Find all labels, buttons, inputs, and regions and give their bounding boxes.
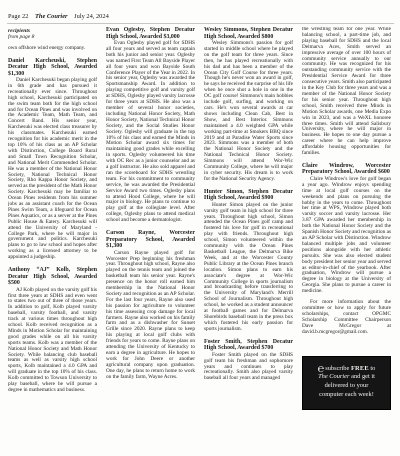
heading-smith: Foster Smith, Stephen Decatur High Schoo… — [204, 339, 293, 352]
subscribe-promo-box[interactable]: ℮subscribe FREE to The Courier and get i… — [302, 356, 391, 410]
column-1: recipients from page 8 own offshore wind… — [8, 27, 97, 450]
article-columns: recipients from page 8 own offshore wind… — [0, 24, 400, 450]
subscribe-to-word: to — [370, 365, 375, 372]
subscribe-line1: ℮subscribe FREE to — [307, 365, 386, 374]
heading-simon: Hunter Simon, Stephen Decatur High Schoo… — [204, 189, 293, 202]
subscribe-line2-rest: and get it — [351, 373, 375, 380]
committee-contact-paragraph: For more information about the committee… — [302, 300, 391, 335]
heading-windrow: Claire Windrow, Worcester Preparatory Sc… — [302, 163, 391, 176]
subscribe-word: subscribe — [325, 365, 349, 372]
heading-rayne: Carson Rayne, Worcester Preparatory Scho… — [106, 230, 195, 250]
paper-name: The Courier — [35, 13, 68, 20]
continuation-note: recipients from page 8 — [8, 28, 97, 41]
story-rayne: Carson Rayne played golf for Worcester P… — [106, 251, 195, 381]
heading-karcheuski: Daniel Karcheuski, Stephen Decatur High … — [8, 58, 97, 78]
story-karcheuski: Daniel Karchesuki began playing golf in … — [8, 78, 97, 261]
subscribe-line3: delivered to your — [307, 382, 386, 391]
heading-kolb: Anthony “AJ” Kolb, Stephen Decatur High … — [8, 267, 97, 287]
story-smith-part1: Foster Smith played on the SDHS golf tea… — [204, 353, 293, 383]
subscribe-free-word: FREE — [351, 365, 369, 372]
story-smith-part2: the wrestling team for one year. While b… — [302, 27, 391, 157]
newspaper-page: Page 22 The Courier July 24, 2024 recipi… — [0, 0, 400, 456]
story-simmons: Wesley Simmons's passion for golf starte… — [204, 41, 293, 183]
column-2: Evan Oglesby, Stephen Decatur High Schoo… — [106, 27, 195, 450]
heading-simmons: Wesley Simmons, Stephen Decatur High Sch… — [204, 27, 293, 40]
story-kolb: AJ Kolb played on the varsity golf his f… — [8, 288, 97, 394]
heading-oglesby: Evan Oglesby, Stephen Decatur High Schoo… — [106, 27, 195, 40]
column-3: Wesley Simmons, Stephen Decatur High Sch… — [204, 27, 293, 450]
story-oglesby: Evan Oglesby played golf for SDHS all fo… — [106, 41, 195, 224]
story-tail-paragraph: own offshore wind energy company. — [8, 46, 97, 52]
subscribe-paper-name: The Courier — [318, 373, 349, 380]
masthead: Page 22 The Courier July 24, 2024 — [0, 0, 400, 20]
column-4: the wrestling team for one year. While b… — [302, 27, 391, 450]
subscribe-line2: The Courier and get it — [307, 373, 386, 382]
page-number-label: Page 22 — [8, 13, 28, 20]
continuation-from: from page 8 — [8, 34, 97, 40]
story-simon: Hunter Simon played on the junior varsit… — [204, 203, 293, 333]
subscribe-line4: computer each week! — [307, 391, 386, 400]
issue-date: July 24, 2024 — [74, 13, 109, 20]
story-windrow: Claire Windrow's love for golf began a y… — [302, 177, 391, 295]
